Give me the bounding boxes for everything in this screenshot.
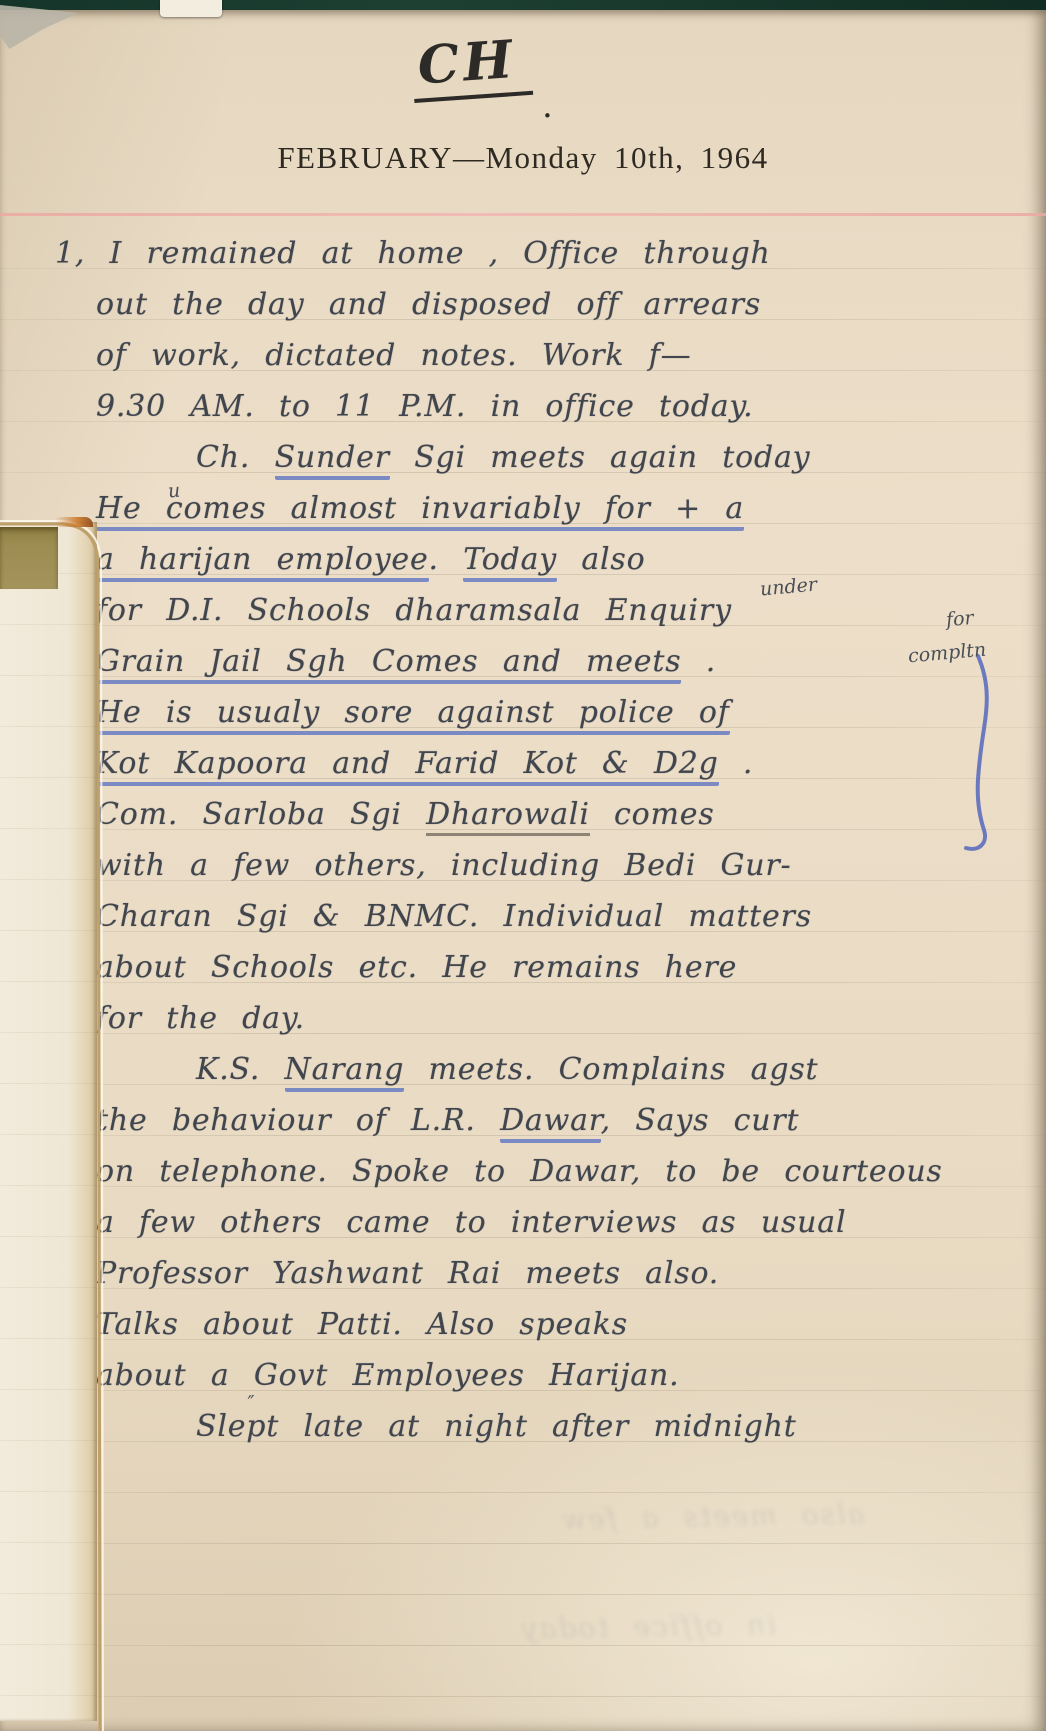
handwriting-text: Com. Sarloba Sgi xyxy=(96,797,426,832)
diary-line: He comes almost invariably for + a xyxy=(96,483,1046,534)
diary-line: the behaviour of L.R. Dawar, Says curt xyxy=(96,1095,1046,1146)
handwriting-text: also xyxy=(557,542,645,577)
handwriting-text: 1, I remained at home , Office through xyxy=(55,236,771,271)
handwriting-text: about Schools etc. He remains here xyxy=(96,950,737,985)
handwriting-text: Charan Sgi & BNMC. Individual matters xyxy=(96,899,812,934)
underlined-phrase: a harijan employee xyxy=(96,542,429,582)
diary-line: Talks about Patti. Also speaks xyxy=(96,1299,1046,1350)
handwriting-text: . xyxy=(719,746,754,781)
handwriting-text: Professor Yashwant Rai meets also. xyxy=(96,1256,719,1291)
handwriting-text: K.S. xyxy=(196,1052,285,1087)
handwriting-text: of work, dictated notes. Work f— xyxy=(96,338,691,373)
handwriting-text: for D.I. Schools dharamsala Enquiry xyxy=(96,593,732,628)
diary-line: about a Govt Employees Harijan. xyxy=(96,1350,1046,1401)
diary-line: Professor Yashwant Rai meets also. xyxy=(96,1248,1046,1299)
ruled-line xyxy=(0,1492,1046,1493)
handwriting-text: for the day. xyxy=(96,1001,305,1036)
handwriting-text: meets. Complains agst xyxy=(404,1052,818,1087)
diary-entry: 1, I remained at home , Office throughou… xyxy=(0,228,1046,1452)
corner-glint xyxy=(55,517,93,527)
heading-rule-pink xyxy=(0,213,1046,216)
handwriting-text: comes xyxy=(590,797,715,832)
diary-line: a few others came to interviews as usual xyxy=(96,1197,1046,1248)
diary-line: out the day and disposed off arrears xyxy=(96,279,1046,330)
underlined-phrase: Narang xyxy=(285,1052,405,1092)
diary-line: of work, dictated notes. Work f— xyxy=(96,330,1046,381)
handwriting-text: a few others came to interviews as usual xyxy=(96,1205,846,1240)
handwriting-text: about a Govt Employees Harijan. xyxy=(96,1358,679,1393)
diary-page: CH . FEBRUARY—Monday 10th, 1964 1, I rem… xyxy=(0,10,1046,1731)
underlined-phrase: He is usualy sore against police of xyxy=(96,695,730,735)
handwriting-text: 9.30 AM. to 11 P.M. in office today. xyxy=(96,389,754,424)
diary-line: for the day. xyxy=(96,993,1046,1044)
diary-line: 9.30 AM. to 11 P.M. in office today. xyxy=(96,381,1046,432)
inserted-word: for xyxy=(945,607,974,631)
page-label-ch: CH xyxy=(410,28,533,103)
page-label-period: . xyxy=(542,86,553,126)
handwriting-text: on telephone. Spoke to Dawar, to be cour… xyxy=(96,1154,943,1189)
ruled-line xyxy=(0,1594,1046,1595)
underlined-phrase: Today xyxy=(463,542,557,582)
handwriting-text: with a few others, including Bedi Gur- xyxy=(96,848,791,883)
handwriting-text: , Says curt xyxy=(601,1103,800,1138)
diary-line: He is usualy sore against police of xyxy=(96,687,1046,738)
handwriting-text: out the day and disposed off arrears xyxy=(96,287,761,322)
page-cut-edge xyxy=(0,514,120,1731)
diary-line: Com. Sarloba Sgi Dharowali comes xyxy=(96,789,1046,840)
handwriting-text: Talks about Patti. Also speaks xyxy=(96,1307,628,1342)
diary-line: Slept late at night after midnight xyxy=(196,1401,1046,1452)
handwriting-text: Slept late at night after midnight xyxy=(196,1409,797,1444)
diary-line: Charan Sgi & BNMC. Individual matters xyxy=(96,891,1046,942)
paper-tab xyxy=(160,0,222,17)
diary-line: 1, I remained at home , Office through xyxy=(55,228,1046,279)
diary-line: with a few others, including Bedi Gur- xyxy=(96,840,1046,891)
diary-line: a harijan employee. Today also xyxy=(96,534,1046,585)
underlined-phrase: Dharowali xyxy=(426,797,590,836)
ruled-line xyxy=(0,1543,1046,1544)
underlined-phrase: Kot Kapoora and Farid Kot & D2g xyxy=(96,746,719,786)
diary-line: K.S. Narang meets. Complains agst xyxy=(196,1044,1046,1095)
underlined-phrase: He comes almost invariably for + a xyxy=(96,491,744,531)
diary-line: about Schools etc. He remains here xyxy=(96,942,1046,993)
underlined-phrase: Dawar xyxy=(500,1103,601,1143)
diary-line: Grain Jail Sgh Comes and meets . xyxy=(96,636,1046,687)
diary-line: on telephone. Spoke to Dawar, to be cour… xyxy=(96,1146,1046,1197)
handwriting-text: . xyxy=(429,542,464,577)
inserted-word: u xyxy=(167,480,181,503)
diary-line: Ch. Sunder Sgi meets again today xyxy=(196,432,1046,483)
underlined-phrase: Sunder xyxy=(275,440,390,480)
diary-line: Kot Kapoora and Farid Kot & D2g . xyxy=(96,738,1046,789)
printed-date-header: FEBRUARY—Monday 10th, 1964 xyxy=(0,140,1046,176)
underlined-phrase: Grain Jail Sgh Comes and meets xyxy=(96,644,681,684)
diary-scan: CH . FEBRUARY—Monday 10th, 1964 1, I rem… xyxy=(0,0,1046,1731)
bleed-through: also meets a few xyxy=(560,1497,865,1535)
bleed-through: in office today xyxy=(520,1608,777,1645)
diary-line: for D.I. Schools dharamsala Enquiry xyxy=(96,585,1046,636)
ruled-line xyxy=(0,1696,1046,1697)
handwriting-text: . xyxy=(681,644,716,679)
margin-bracket xyxy=(940,650,1010,870)
handwriting-text: Ch. xyxy=(196,440,275,475)
handwriting-text: Sgi meets again today xyxy=(390,440,811,475)
handwriting-text: the behaviour of L.R. xyxy=(96,1103,500,1138)
